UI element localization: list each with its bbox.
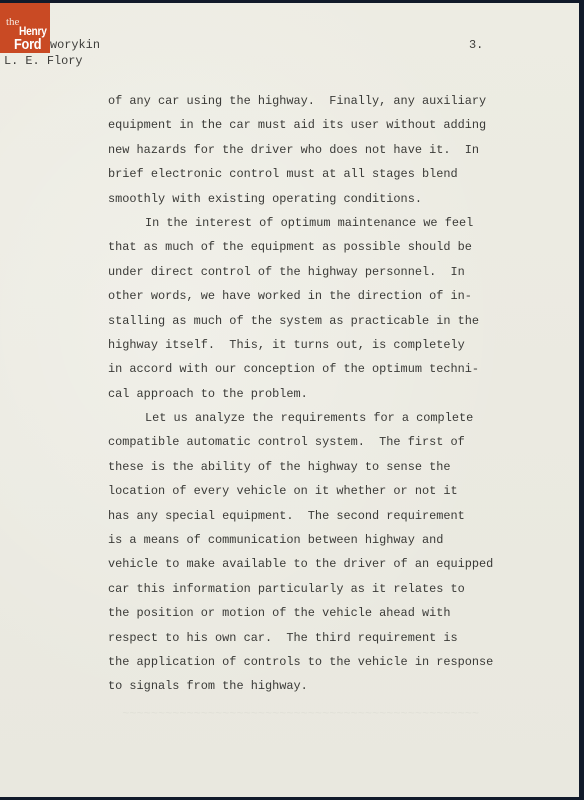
text-line: under direct control of the highway pers…: [108, 260, 528, 284]
text-line: highway itself. This, it turns out, is c…: [108, 333, 528, 357]
text-line: the position or motion of the vehicle ah…: [108, 601, 528, 625]
text-line: has any special equipment. The second re…: [108, 504, 528, 528]
text-line-indented: In the interest of optimum maintenance w…: [108, 211, 528, 235]
show-through-texture: ~~~~~~~~~~~~~~~~~~~~~~~~~~~~~~~~~~~~~~~~…: [108, 707, 479, 721]
text-line: new hazards for the driver who does not …: [108, 138, 528, 162]
text-line: brief electronic control must at all sta…: [108, 162, 528, 186]
header-author-line-2: L. E. Flory: [4, 54, 83, 68]
text-line: other words, we have worked in the direc…: [108, 284, 528, 308]
paragraph-3: Let us analyze the requirements for a co…: [108, 406, 528, 699]
paragraph-2: In the interest of optimum maintenance w…: [108, 211, 528, 406]
paragraph-1: of any car using the highway. Finally, a…: [108, 89, 528, 211]
text-line: respect to his own car. The third requir…: [108, 626, 528, 650]
text-line: is a means of communication between high…: [108, 528, 528, 552]
text-line: cal approach to the problem.: [108, 382, 528, 406]
text-line: stalling as much of the system as practi…: [108, 309, 528, 333]
text-line: compatible automatic control system. The…: [108, 430, 528, 454]
text-line: car this information particularly as it …: [108, 577, 528, 601]
text-line: location of every vehicle on it whether …: [108, 479, 528, 503]
text-line: in accord with our conception of the opt…: [108, 357, 528, 381]
header-author-line-1: worykin: [50, 38, 100, 52]
text-line: to signals from the highway.: [108, 674, 528, 698]
text-line: vehicle to make available to the driver …: [108, 552, 528, 576]
text-line: smoothly with existing operating conditi…: [108, 187, 528, 211]
logo-text-ford: Ford: [14, 37, 41, 52]
text-line: the application of controls to the vehic…: [108, 650, 528, 674]
body-text: of any car using the highway. Finally, a…: [108, 89, 528, 699]
text-line-indented: Let us analyze the requirements for a co…: [108, 406, 528, 430]
henry-ford-logo: the Henry Ford: [0, 3, 50, 53]
text-line: of any car using the highway. Finally, a…: [108, 89, 528, 113]
text-line: these is the ability of the highway to s…: [108, 455, 528, 479]
text-line: that as much of the equipment as possibl…: [108, 235, 528, 259]
page-number: 3.: [469, 38, 483, 52]
logo-text-the: the: [6, 17, 19, 28]
document-page: ~~~~~~~~~~~~~~~~~~~~~~~~~~~~~~~~~~~~~~~~…: [0, 3, 579, 797]
text-line: equipment in the car must aid its user w…: [108, 113, 528, 137]
